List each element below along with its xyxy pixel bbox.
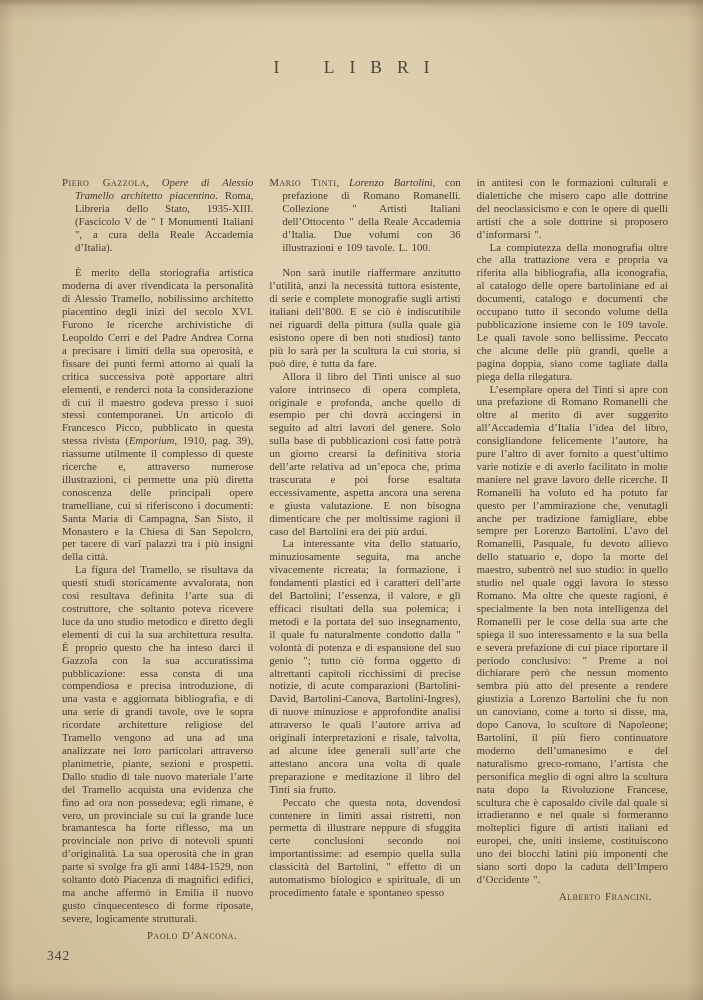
- paragraph: Allora il libro del Tinti unisce al suo …: [269, 371, 460, 539]
- bibliographic-heading: Piero Gazzola, Opere di Alessio Tramello…: [62, 177, 253, 254]
- paragraph: È merito della storiografia artistica mo…: [62, 267, 253, 564]
- reviewer-signature: Alberto Francini.: [477, 891, 668, 904]
- text-segment: La compiutezza della monografia oltre ch…: [477, 242, 668, 383]
- column-1: Piero Gazzola, Opere di Alessio Tramello…: [62, 177, 253, 943]
- text-segment: Piero Gazzola: [62, 177, 146, 189]
- paragraph: Peccato che questa nota, dovendosi conte…: [269, 797, 460, 900]
- text-segment: La figura del Tramello, se risultava da …: [62, 564, 253, 924]
- text-segment: Alberto Francini.: [559, 891, 652, 903]
- text-segment: in antitesi con le formazioni culturali …: [477, 177, 668, 241]
- text-segment: La interessante vita dello statuario, mi…: [269, 538, 460, 795]
- text-segment: Lorenzo Bartolini: [349, 177, 433, 189]
- column-2: Mario Tinti, Lorenzo Bartolini, con pref…: [269, 177, 460, 943]
- paragraph: La interessante vita dello statuario, mi…: [269, 538, 460, 796]
- scanned-book-page: I LIBRI Piero Gazzola, Opere di Alessio …: [0, 0, 703, 1000]
- text-segment: Allora il libro del Tinti unisce al suo …: [269, 371, 460, 538]
- paragraph: L’esemplare opera del Tinti si apre con …: [477, 384, 668, 887]
- text-segment: L’esemplare opera del Tinti si apre con …: [477, 384, 668, 886]
- text-segment: Mario Tinti: [269, 177, 336, 189]
- reviewer-signature: Paolo D’Ancona.: [62, 930, 253, 943]
- text-segment: Non sarà inutile riaffermare anzitutto l…: [269, 267, 460, 369]
- paragraph: La compiutezza della monografia oltre ch…: [477, 242, 668, 384]
- text-segment: È merito della storiografia artistica mo…: [62, 267, 253, 447]
- paragraph: in antitesi con le formazioni culturali …: [477, 177, 668, 242]
- text-columns: Piero Gazzola, Opere di Alessio Tramello…: [62, 177, 668, 943]
- text-segment: , 1910, pag. 39), riassume utilmente il …: [62, 435, 253, 563]
- text-segment: ,: [337, 177, 349, 189]
- text-segment: Peccato che questa nota, dovendosi conte…: [269, 797, 460, 899]
- text-segment: Paolo D’Ancona.: [147, 930, 237, 942]
- text-segment: ,: [146, 177, 162, 189]
- text-segment: Emporium: [129, 435, 175, 447]
- page-number: 342: [47, 948, 70, 964]
- paragraph: La figura del Tramello, se risultava da …: [62, 564, 253, 925]
- section-title: I LIBRI: [0, 57, 703, 78]
- bibliographic-heading: Mario Tinti, Lorenzo Bartolini, con pref…: [269, 177, 460, 254]
- column-3: in antitesi con le formazioni culturali …: [477, 177, 668, 943]
- paragraph: Non sarà inutile riaffermare anzitutto l…: [269, 267, 460, 370]
